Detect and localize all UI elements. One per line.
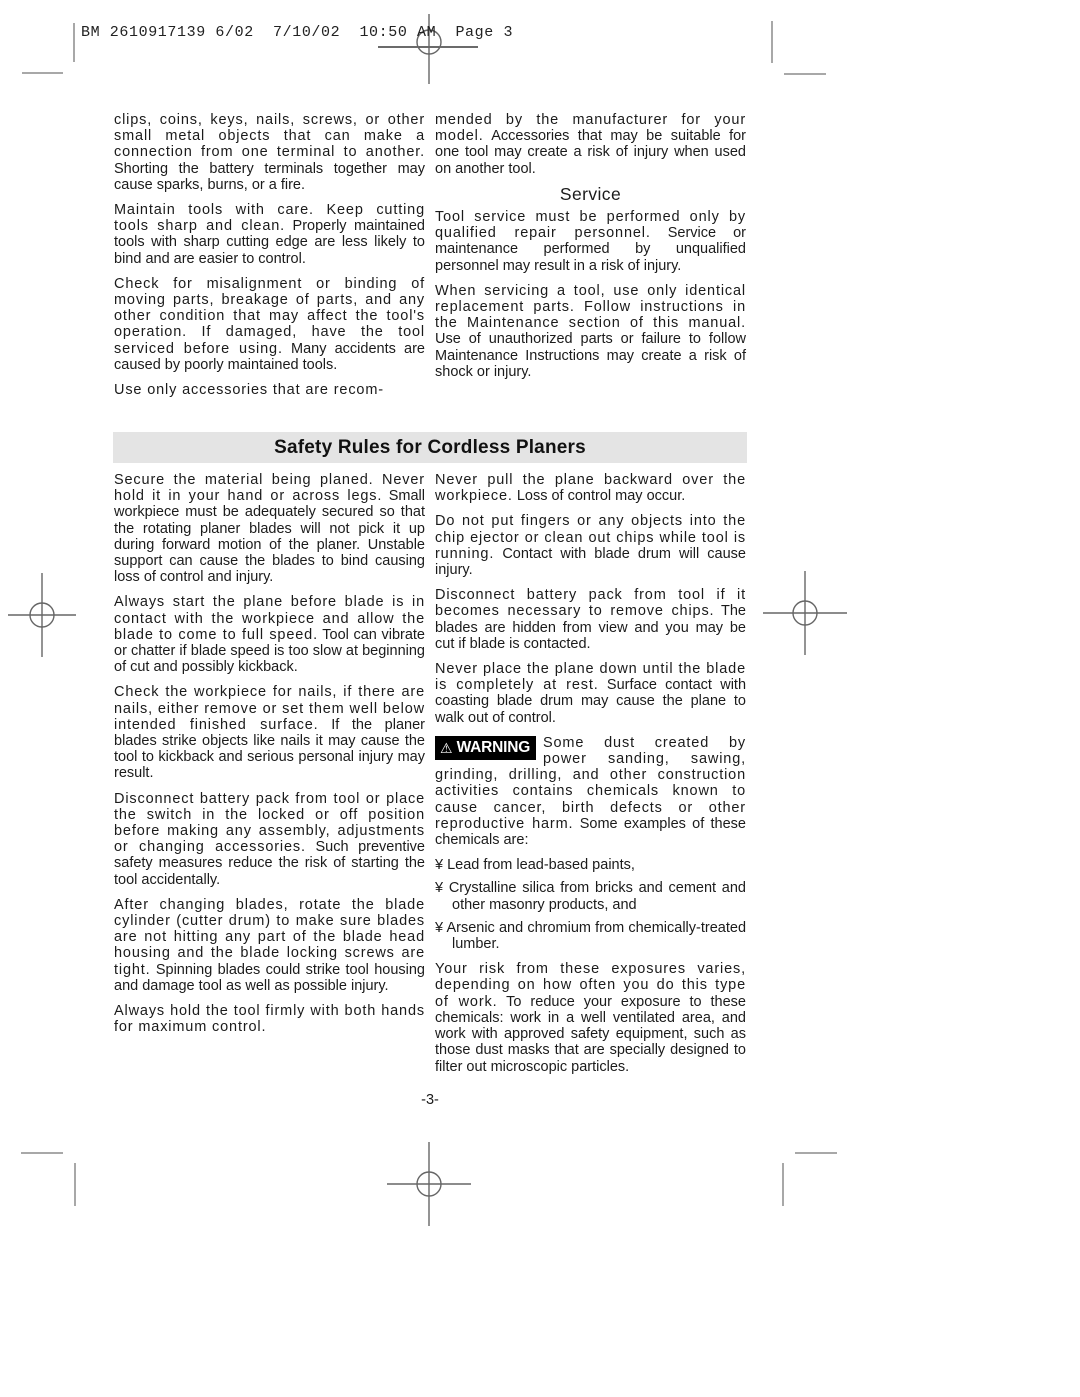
bullet-marker: ¥: [435, 920, 446, 936]
paragraph-lead: Your risk from these exposures varies, d…: [435, 961, 746, 1009]
paragraph: Maintain tools with care. Keep cutting t…: [114, 202, 425, 267]
paragraph-lead: mended by the manufacturer for your mode…: [435, 112, 746, 144]
paragraph-lead: Disconnect battery pack from tool if it …: [435, 587, 746, 619]
paragraph: Do not put fingers or any objects into t…: [435, 513, 746, 578]
crop-mark-top-right: [772, 21, 826, 74]
paragraph-lead: Check the workpiece for nails, if there …: [114, 684, 425, 732]
scanned-manual-page: BM 2610917139 6/02 7/10/02 10:50 AM Page…: [0, 0, 1080, 1397]
paragraph: Your risk from these exposures varies, d…: [435, 961, 746, 1074]
paragraph-lead: Use only accessories that are recom-: [114, 382, 384, 398]
warning-badge-label: WARNING: [457, 740, 531, 756]
paragraph-lead: Never place the plane down until the bla…: [435, 661, 746, 693]
paragraph-lead: clips, coins, keys, nails, screws, or ot…: [114, 112, 425, 160]
paragraph-lead: Tool service must be performed only by q…: [435, 209, 746, 241]
paragraph-lead: Never pull the plane backward over the w…: [435, 472, 746, 504]
paragraph-lead: Secure the material being planed. Never …: [114, 472, 425, 504]
bullet-marker: ¥: [435, 880, 449, 896]
service-paragraphs: Tool service must be performed only by q…: [435, 209, 746, 380]
top-right-intro: mended by the manufacturer for your mode…: [435, 112, 746, 177]
top-left-column: clips, coins, keys, nails, screws, or ot…: [114, 112, 425, 407]
bullet-item: ¥ Lead from lead-based paints,: [435, 857, 746, 873]
bullet-item: ¥ Crystalline silica from bricks and cem…: [435, 880, 746, 912]
paragraph: Always start the plane before blade is i…: [114, 594, 425, 675]
print-job-header: BM 2610917139 6/02 7/10/02 10:50 AM Page…: [81, 24, 513, 41]
paragraph: Secure the material being planed. Never …: [114, 472, 425, 585]
paragraph-lead: Do not put fingers or any objects into t…: [435, 513, 746, 561]
warning-badge: ⚠WARNING: [435, 736, 536, 760]
paragraph-lead: When servicing a tool, use only identica…: [435, 283, 746, 331]
crop-mark-top-left: [22, 23, 74, 73]
paragraph-lead: Always start the plane before blade is i…: [114, 594, 425, 642]
crop-mark-bottom-left: [21, 1153, 75, 1206]
paragraph: Tool service must be performed only by q…: [435, 209, 746, 274]
paragraph: Never place the plane down until the bla…: [435, 661, 746, 726]
page-number: -3-: [113, 1092, 747, 1108]
paragraph: Always hold the tool firmly with both ha…: [114, 1003, 425, 1035]
paragraph-lead: Check for misalignment or binding of mov…: [114, 276, 425, 357]
section-title-bar: Safety Rules for Cordless Planers: [113, 432, 747, 463]
chemical-bullet-list: ¥ Lead from lead-based paints,¥ Crystall…: [435, 857, 746, 952]
paragraph: clips, coins, keys, nails, screws, or ot…: [114, 112, 425, 193]
paragraph: Check for misalignment or binding of mov…: [114, 276, 425, 373]
safety-right-paragraphs: Never pull the plane backward over the w…: [435, 472, 746, 726]
section-title: Safety Rules for Cordless Planers: [274, 437, 586, 459]
bullet-item: ¥ Arsenic and chromium from chemically-t…: [435, 920, 746, 952]
paragraph-lead: Always hold the tool firmly with both ha…: [114, 1003, 425, 1035]
service-heading: Service: [435, 186, 746, 202]
registration-mark-left: [8, 573, 76, 657]
paragraph-lead: Disconnect battery pack from tool or pla…: [114, 791, 425, 856]
paragraph-lead: After changing blades, rotate the blade …: [114, 897, 425, 978]
paragraph: Use only accessories that are recom-: [114, 382, 425, 398]
paragraph: After changing blades, rotate the blade …: [114, 897, 425, 994]
registration-mark-bottom-center: [387, 1142, 471, 1226]
paragraph: Check the workpiece for nails, if there …: [114, 684, 425, 781]
safety-left-column: Secure the material being planed. Never …: [114, 472, 425, 1045]
paragraph: Never pull the plane backward over the w…: [435, 472, 746, 504]
warning-paragraph: ⚠WARNINGSome dust created by power sandi…: [435, 735, 746, 848]
bullet-marker: ¥: [435, 857, 447, 873]
crop-mark-bottom-right: [783, 1153, 837, 1206]
paragraph: Disconnect battery pack from tool if it …: [435, 587, 746, 652]
paragraph: When servicing a tool, use only identica…: [435, 283, 746, 380]
paragraph: mended by the manufacturer for your mode…: [435, 112, 746, 177]
paragraph-lead: Maintain tools with care. Keep cutting t…: [114, 202, 425, 234]
registration-mark-right: [763, 571, 847, 655]
paragraph: Disconnect battery pack from tool or pla…: [114, 791, 425, 888]
safety-right-column: Never pull the plane backward over the w…: [435, 472, 746, 1084]
warning-triangle-icon: ⚠: [440, 741, 453, 755]
top-right-column: mended by the manufacturer for your mode…: [435, 112, 746, 389]
safety-right-closing: Your risk from these exposures varies, d…: [435, 961, 746, 1074]
